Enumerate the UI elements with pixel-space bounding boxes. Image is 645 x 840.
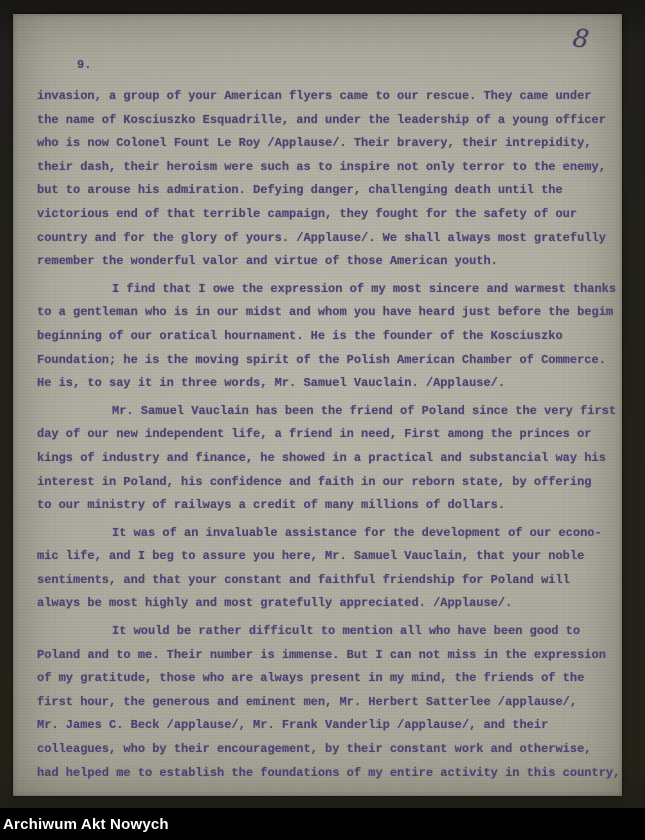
document-page: 8 9. invasion, a group of your American … — [13, 14, 622, 796]
typed-line: the name of Kosciuszko Esquadrille, and … — [37, 109, 637, 133]
handwritten-page-number: 8 — [571, 23, 590, 54]
typed-line: their dash, their heroism were such as t… — [37, 156, 637, 180]
archive-watermark-bar: Archiwum Akt Nowych — [0, 808, 645, 840]
typed-line: remember the wonderful valor and virtue … — [37, 250, 637, 274]
scanned-photo-background: 8 9. invasion, a group of your American … — [0, 0, 645, 840]
typed-line: but to arouse his admiration. Defying da… — [37, 179, 637, 203]
typed-line: He is, to say it in three words, Mr. Sam… — [37, 372, 637, 396]
typed-line: invasion, a group of your American flyer… — [37, 85, 637, 109]
typed-line: Mr. James C. Beck /applause/, Mr. Frank … — [37, 714, 637, 738]
paragraph: invasion, a group of your American flyer… — [37, 85, 637, 274]
typed-line: Poland and to me. Their number is immens… — [37, 644, 637, 668]
typed-line: mic life, and I beg to assure you here, … — [37, 545, 637, 569]
typed-text-body: invasion, a group of your American flyer… — [37, 85, 637, 785]
typed-line: to a gentleman who is in our midst and w… — [37, 301, 637, 325]
typed-line: had helped me to establish the foundatio… — [37, 762, 637, 786]
typed-line: beginning of our oratical hournament. He… — [37, 325, 637, 349]
typed-line: sentiments, and that your constant and f… — [37, 569, 637, 593]
typed-page-number: 9. — [77, 58, 91, 72]
typed-line: Mr. Samuel Vauclain has been the friend … — [37, 400, 637, 424]
typed-line: first hour, the generous and eminent men… — [37, 691, 637, 715]
typed-line: to our ministry of railways a credit of … — [37, 494, 637, 518]
typed-line: of my gratitude, those who are always pr… — [37, 667, 637, 691]
paragraph: It was of an invaluable assistance for t… — [37, 522, 637, 616]
typed-line: country and for the glory of yours. /App… — [37, 227, 637, 251]
paragraph: It would be rather difficult to mention … — [37, 620, 637, 785]
typed-line: kings of industry and finance, he showed… — [37, 447, 637, 471]
typed-line: I find that I owe the expression of my m… — [37, 278, 637, 302]
typed-line: It was of an invaluable assistance for t… — [37, 522, 637, 546]
paragraph: I find that I owe the expression of my m… — [37, 278, 637, 396]
typed-line: victorious end of that terrible campaign… — [37, 203, 637, 227]
typed-line: It would be rather difficult to mention … — [37, 620, 637, 644]
paragraph: Mr. Samuel Vauclain has been the friend … — [37, 400, 637, 518]
typed-line: who is now Colonel Fount Le Roy /Applaus… — [37, 132, 637, 156]
typed-line: day of our new independent life, a frien… — [37, 423, 637, 447]
typed-line: colleagues, who by their encouragement, … — [37, 738, 637, 762]
typed-line: Foundation; he is the moving spirit of t… — [37, 349, 637, 373]
archive-name-label: Archiwum Akt Nowych — [0, 816, 169, 833]
typed-line: always be most highly and most gratefull… — [37, 592, 637, 616]
typed-line: interest in Poland, his confidence and f… — [37, 471, 637, 495]
